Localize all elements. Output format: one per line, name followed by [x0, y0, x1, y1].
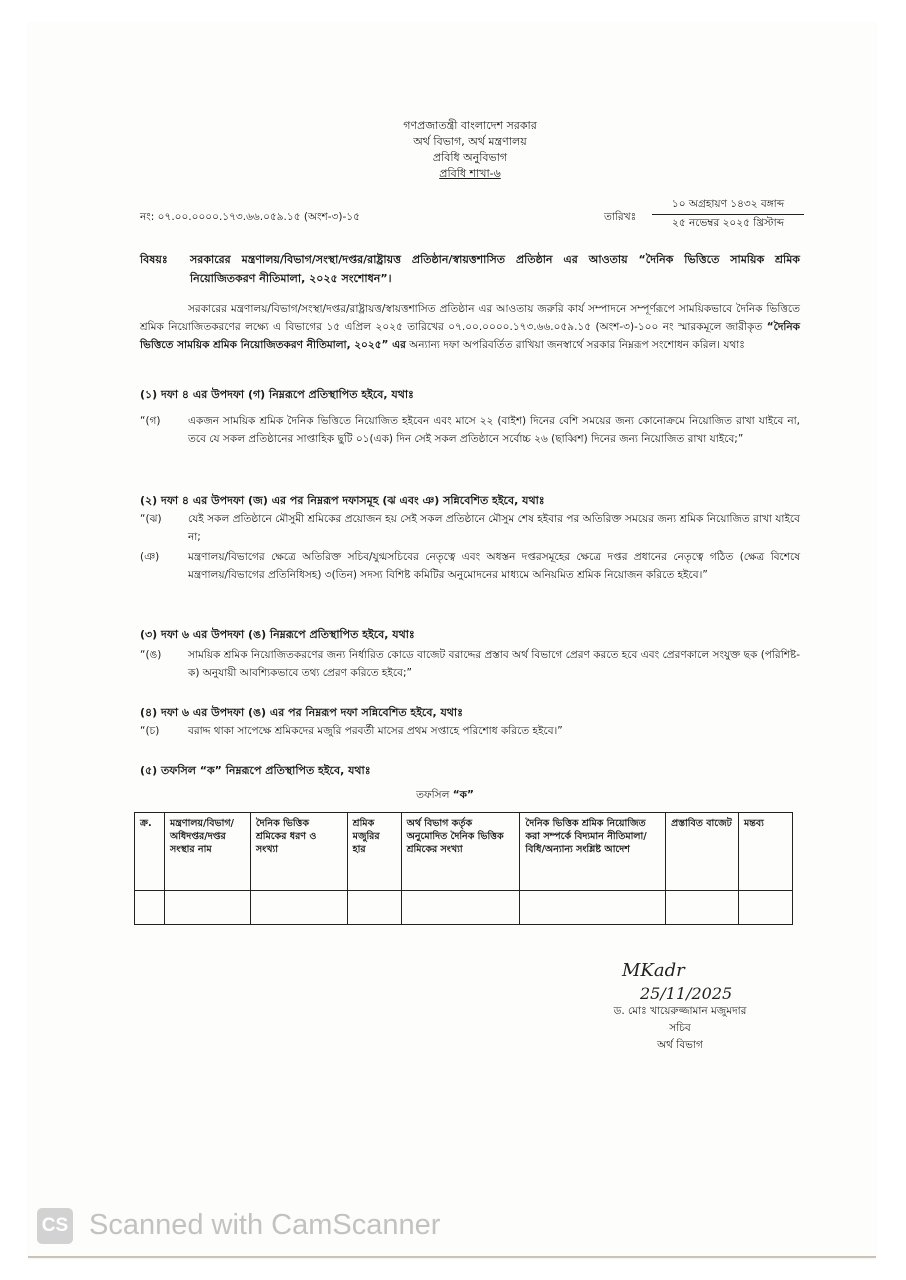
- table-cell: [520, 891, 666, 925]
- schedule-title: তফসিল “ক”: [370, 786, 520, 804]
- handwritten-date: 25/11/2025: [640, 984, 732, 1003]
- section-4-heading: (৪) দফা ৬ এর উপদফা (ঙ) এর পর নিম্নরূপ দফ…: [140, 704, 463, 723]
- camscanner-watermark: Scanned with CamScanner: [89, 1209, 440, 1242]
- table-cell: [401, 891, 520, 925]
- section-2-item-jha: “(ঝ) যেই সকল প্রতিষ্ঠানে মৌসুমী শ্রমিকের…: [140, 510, 800, 546]
- item-label: “(ঙ): [140, 646, 188, 682]
- schedule-table: ক্র. মন্ত্রণালয়/বিভাগ/ অধিদপ্তর/দপ্তর স…: [134, 812, 793, 925]
- memo-reference: নং: ০৭.০০.০০০০.১৭৩.৬৬.০৫৯.১৫ (অংশ-৩)-১৫: [140, 210, 360, 227]
- col-proposed-budget: প্রস্তাবিত বাজেট: [666, 813, 739, 891]
- schedule-title-prefix: তফসিল: [416, 789, 453, 801]
- intro-paragraph: সরকারের মন্ত্রণালয়/বিভাগ/সংস্থা/দপ্তর/র…: [140, 300, 800, 354]
- subject-text: সরকারের মন্ত্রণালয়/বিভাগ/সংস্থা/দপ্তর/র…: [190, 250, 800, 288]
- section-3-item: “(ঙ) সাময়িক শ্রমিক নিয়োজিতকরণের জন্য ন…: [140, 646, 800, 682]
- date-bangla: ১০ অগ্রহায়ণ ১৪৩২ বঙ্গাব্দ: [652, 196, 804, 215]
- intro-text: সরকারের মন্ত্রণালয়/বিভাগ/সংস্থা/দপ্তর/র…: [140, 303, 800, 333]
- item-label: “(গ): [140, 412, 188, 448]
- col-office-name: মন্ত্রণালয়/বিভাগ/ অধিদপ্তর/দপ্তর সংস্থা…: [164, 813, 250, 891]
- table-cell: [666, 891, 739, 925]
- item-label: “(চ): [140, 722, 188, 740]
- col-worker-type: দৈনিক ভিত্তিক শ্রমিকের ধরণ ও সংখ্যা: [250, 813, 347, 891]
- col-serial: ক্র.: [135, 813, 165, 891]
- item-text: সাময়িক শ্রমিক নিয়োজিতকরণের জন্য নির্ধা…: [188, 646, 800, 682]
- item-label: “(ঝ): [140, 510, 188, 546]
- table-cell: [164, 891, 250, 925]
- table-cell: [347, 891, 401, 925]
- wing-name: প্রবিধি অনুবিভাগ: [300, 150, 640, 166]
- item-text: মন্ত্রণালয়/বিভাগের ক্ষেত্রে অতিরিক্ত সচ…: [188, 548, 800, 584]
- subject-label: বিষয়ঃ: [140, 250, 190, 288]
- intro-text-end: অন্যান্য দফা অপরিবর্তিত রাখিয়া জনস্বার্…: [406, 339, 745, 351]
- subject: বিষয়ঃ সরকারের মন্ত্রণালয়/বিভাগ/সংস্থা/…: [140, 250, 800, 288]
- col-existing-policy: দৈনিক ভিত্তিক শ্রমিক নিয়োজিত করা সম্পর্…: [520, 813, 666, 891]
- schedule-header-row: ক্র. মন্ত্রণালয়/বিভাগ/ অধিদপ্তর/দপ্তর স…: [135, 813, 793, 891]
- section-4-item: “(চ) বরাদ্দ থাকা সাপেক্ষে শ্রমিকদের মজুর…: [140, 722, 800, 740]
- date-label: তারিখঃ: [604, 210, 636, 227]
- schedule-title-letter: “ক”: [453, 789, 474, 801]
- section-1-item: “(গ) একজন সাময়িক শ্রমিক দৈনিক ভিত্তিতে …: [140, 412, 800, 448]
- item-text: বরাদ্দ থাকা সাপেক্ষে শ্রমিকদের মজুরি পরব…: [188, 722, 800, 740]
- table-cell: [739, 891, 793, 925]
- item-text: একজন সাময়িক শ্রমিক দৈনিক ভিত্তিতে নিয়ো…: [188, 412, 800, 448]
- date-block: ১০ অগ্রহায়ণ ১৪৩২ বঙ্গাব্দ ২৫ নভেম্বর ২০…: [652, 196, 804, 232]
- govt-name: গণপ্রজাতন্ত্রী বাংলাদেশ সরকার: [300, 118, 640, 134]
- col-approved-count: অর্থ বিভাগ কর্তৃক অনুমোদিত দৈনিক ভিত্তিক…: [401, 813, 520, 891]
- signatory-name: ড. মোঃ খায়েরুজ্জামান মজুমদার: [570, 1003, 790, 1020]
- item-text: যেই সকল প্রতিষ্ঠানে মৌসুমী শ্রমিকের প্রয…: [188, 510, 800, 546]
- section-1-heading: (১) দফা ৪ এর উপদফা (গ) নিম্নরূপে প্রতিস্…: [140, 386, 414, 405]
- col-wage-rate: শ্রমিক মজুরির হার: [347, 813, 401, 891]
- item-label: (ঞ): [140, 548, 188, 584]
- ministry-name: অর্থ বিভাগ, অর্থ মন্ত্রণালয়: [300, 134, 640, 150]
- table-cell: [135, 891, 165, 925]
- letterhead: গণপ্রজাতন্ত্রী বাংলাদেশ সরকার অর্থ বিভাগ…: [300, 118, 640, 182]
- camscanner-logo-icon: CS: [37, 1208, 73, 1244]
- section-2-heading: (২) দফা ৪ এর উপদফা (জ) এর পর নিম্নরূপ দফ…: [140, 492, 545, 511]
- branch-name: প্রবিধি শাখা-৬: [300, 166, 640, 182]
- table-cell: [250, 891, 347, 925]
- date-gregorian: ২৫ নভেম্বর ২০২৫ খ্রিস্টাব্দ: [652, 215, 804, 232]
- table-row: [135, 891, 793, 925]
- section-5-heading: (৫) তফসিল “ক” নিম্নরূপে প্রতিস্থাপিত হইব…: [140, 762, 371, 781]
- col-remarks: মন্তব্য: [739, 813, 793, 891]
- section-3-heading: (৩) দফা ৬ এর উপদফা (ঙ) নিম্নরূপে প্রতিস্…: [140, 626, 415, 645]
- signatory-block: ড. মোঃ খায়েরুজ্জামান মজুমদার সচিব অর্থ …: [570, 1003, 790, 1054]
- handwritten-signature: MKadr: [622, 960, 685, 981]
- signatory-office: অর্থ বিভাগ: [570, 1037, 790, 1054]
- section-2-item-nya: (ঞ) মন্ত্রণালয়/বিভাগের ক্ষেত্রে অতিরিক্…: [140, 548, 800, 584]
- signatory-designation: সচিব: [570, 1020, 790, 1037]
